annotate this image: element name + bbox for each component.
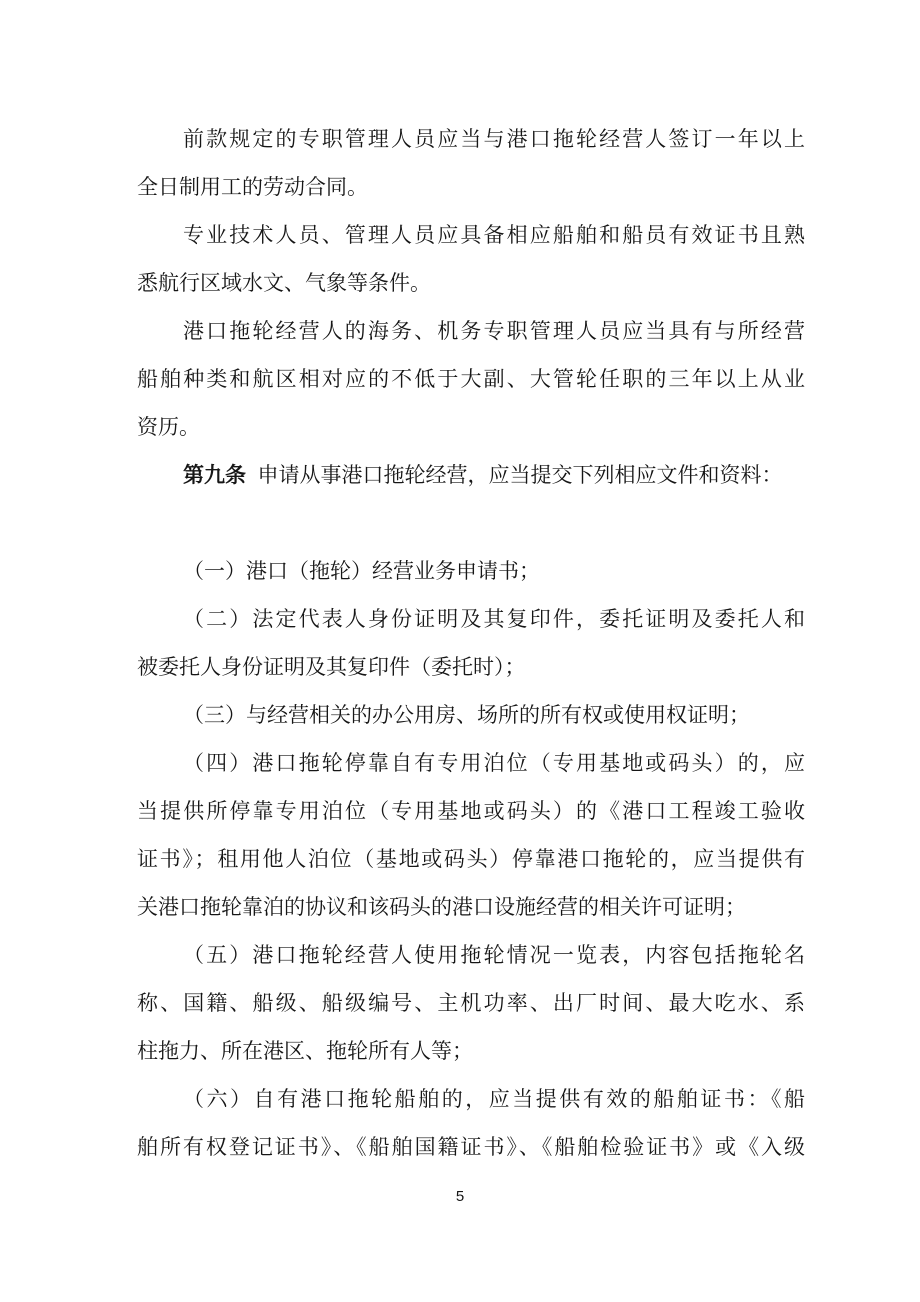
text-line: 专业技术人员、管理人员应具备相应船舶和船员有效证书且熟 [137, 211, 805, 259]
text-line: （五）港口拖轮经营人使用拖轮情况一览表，内容包括拖轮名 [137, 931, 805, 979]
document-text: 前款规定的专职管理人员应当与港口拖轮经营人签订一年以上全日制用工的劳动合同。专业… [137, 115, 805, 1171]
text-line: 被委托人身份证明及其复印件（委托时）； [137, 643, 805, 691]
text-line: （三）与经营相关的办公用房、场所的所有权或使用权证明； [137, 691, 805, 739]
text-line: 称、国籍、船级、船级编号、主机功率、出厂时间、最大吃水、系 [137, 979, 805, 1027]
blank-line [137, 499, 805, 547]
text-line: 舶所有权登记证书》、《船舶国籍证书》、《船舶检验证书》或《入级 [137, 1123, 805, 1171]
text-line: 当提供所停靠专用泊位（专用基地或码头）的《港口工程竣工验收 [137, 787, 805, 835]
text-line: （四）港口拖轮停靠自有专用泊位（专用基地或码头）的，应 [137, 739, 805, 787]
text-line: 柱拖力、所在港区、拖轮所有人等； [137, 1027, 805, 1075]
text-line: 第九条申请从事港口拖轮经营，应当提交下列相应文件和资料： [137, 451, 805, 499]
text-line: （六）自有港口拖轮船舶的，应当提供有效的船舶证书：《船 [137, 1075, 805, 1123]
text-line: 证书》；租用他人泊位（基地或码头）停靠港口拖轮的，应当提供有 [137, 835, 805, 883]
page-number: 5 [0, 1186, 920, 1208]
document-page: 前款规定的专职管理人员应当与港口拖轮经营人签订一年以上全日制用工的劳动合同。专业… [0, 0, 920, 1302]
article-number-label: 第九条 [183, 463, 246, 487]
text-line: 悉航行区域水文、气象等条件。 [137, 259, 805, 307]
text-line: （一）港口（拖轮）经营业务申请书； [137, 547, 805, 595]
text-line: 前款规定的专职管理人员应当与港口拖轮经营人签订一年以上 [137, 115, 805, 163]
article-body-text: 申请从事港口拖轮经营，应当提交下列相应文件和资料： [258, 463, 783, 487]
text-line: （二）法定代表人身份证明及其复印件，委托证明及委托人和 [137, 595, 805, 643]
text-line: 全日制用工的劳动合同。 [137, 163, 805, 211]
text-line: 港口拖轮经营人的海务、机务专职管理人员应当具有与所经营 [137, 307, 805, 355]
text-line: 船舶种类和航区相对应的不低于大副、大管轮任职的三年以上从业 [137, 355, 805, 403]
text-line: 资历。 [137, 403, 805, 451]
text-line: 关港口拖轮靠泊的协议和该码头的港口设施经营的相关许可证明； [137, 883, 805, 931]
